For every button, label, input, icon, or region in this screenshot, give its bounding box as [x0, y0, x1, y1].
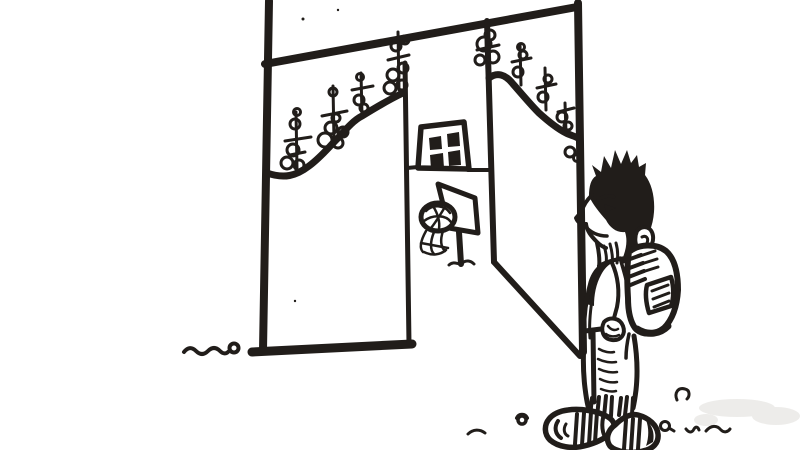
pebble-left — [230, 344, 239, 353]
pants-hatching — [598, 349, 617, 391]
boy — [545, 150, 678, 450]
left-wall-bottom — [252, 344, 412, 352]
grass-squiggle — [184, 348, 228, 354]
tilde-squiggle — [706, 426, 730, 431]
hook-squiggle — [676, 389, 689, 400]
boy-arm — [602, 263, 624, 340]
left-wall-right-edge — [405, 63, 409, 344]
hoop-net — [421, 231, 448, 254]
hoop-pole — [459, 232, 461, 264]
ink-drawing — [0, 0, 800, 450]
right-wall-bottom-diagonal — [494, 262, 580, 356]
gate-frame — [263, 1, 583, 352]
gate-top-beam — [265, 7, 577, 64]
boy-shoes — [545, 409, 658, 450]
ground-arc — [468, 430, 485, 434]
right-wall-panel — [487, 21, 580, 356]
ground-marks — [184, 344, 527, 435]
gate-right-post — [578, 3, 583, 352]
smudge-mark — [694, 399, 800, 426]
basketball-hoop — [421, 184, 478, 265]
v-squiggle — [686, 427, 699, 432]
boy-shoulder-sleeve — [586, 261, 612, 306]
cartoon-illustration: Black-and-white hand-drawn ink cartoon: … — [0, 0, 800, 450]
backpack-strap-tail — [626, 334, 629, 358]
courtyard-building — [407, 122, 489, 170]
